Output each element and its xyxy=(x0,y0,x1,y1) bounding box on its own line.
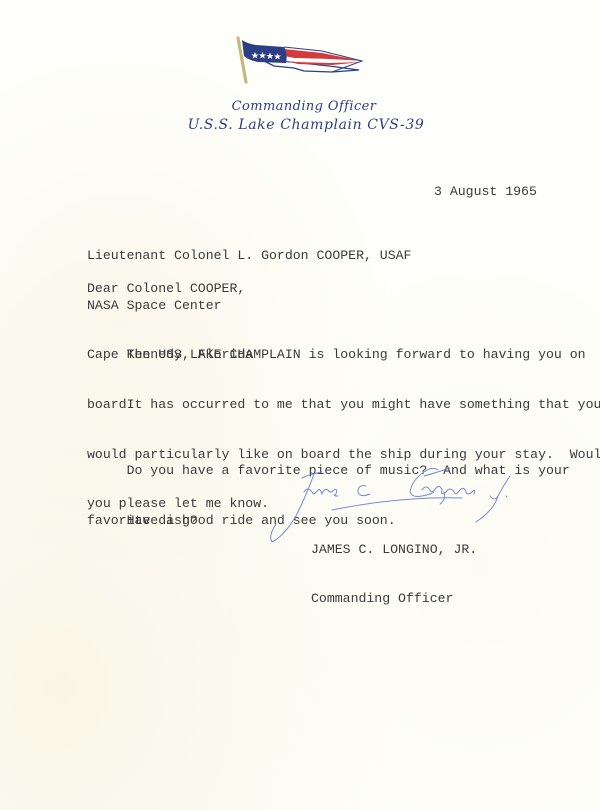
letterhead-title: Commanding Officer xyxy=(0,99,600,114)
signatory-name: JAMES C. LONGINO, JR. xyxy=(311,542,477,558)
signatory-title: Commanding Officer xyxy=(311,591,477,607)
letterhead-ship-name: U.S.S. Lake Champlain CVS-39 xyxy=(0,117,600,133)
salutation: Dear Colonel COOPER, xyxy=(87,281,245,298)
paragraph-line: The USS LAKE CHAMPLAIN is looking forwar… xyxy=(87,347,586,364)
letter-date: 3 August 1965 xyxy=(434,184,537,201)
pennant-flag-icon xyxy=(234,34,369,84)
letter-page: Commanding Officer U.S.S. Lake Champlain… xyxy=(0,0,600,810)
paragraph-line: It has occurred to me that you might hav… xyxy=(87,397,600,414)
recipient-organization: NASA Space Center xyxy=(87,298,411,315)
recipient-name: Lieutenant Colonel L. Gordon COOPER, USA… xyxy=(87,248,411,265)
signature-block: JAMES C. LONGINO, JR. Commanding Officer xyxy=(311,509,477,640)
